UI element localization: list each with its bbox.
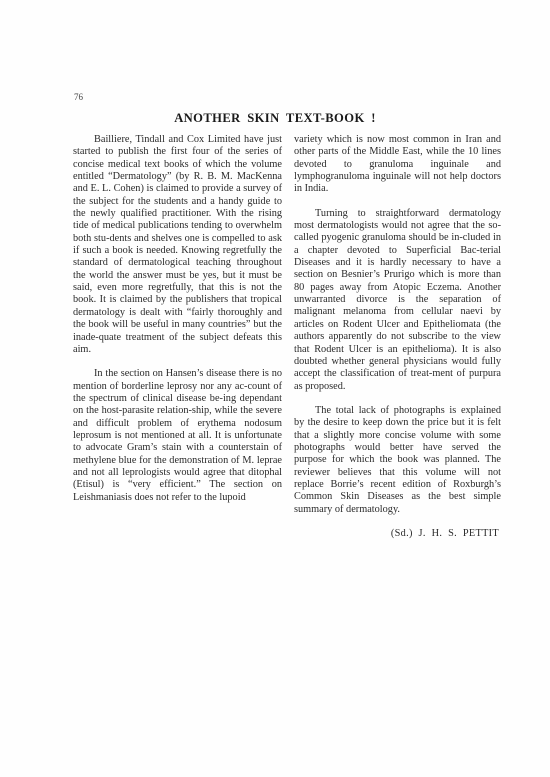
- left-column: Bailliere, Tindall and Cox Limited have …: [73, 134, 282, 504]
- article-title: ANOTHER SKIN TEXT-BOOK !: [0, 111, 550, 126]
- right-column: variety which is now most common in Iran…: [294, 134, 501, 540]
- paragraph-continuation: variety which is now most common in Iran…: [294, 134, 501, 196]
- paragraph-dermatology: Turning to straightforward dermatology m…: [294, 208, 501, 393]
- document-page: 76 ANOTHER SKIN TEXT-BOOK ! Bailliere, T…: [0, 0, 550, 777]
- author-signature: (Sd.) J. H. S. PETTIT: [294, 528, 501, 540]
- paragraph-gap: [73, 356, 282, 368]
- paragraph-intro: Bailliere, Tindall and Cox Limited have …: [73, 134, 282, 356]
- paragraph-photographs: The total lack of photographs is explain…: [294, 405, 501, 516]
- page-number: 76: [74, 92, 83, 102]
- paragraph-hansens-disease: In the section on Hansen’s disease there…: [73, 368, 282, 504]
- paragraph-gap: [294, 196, 501, 208]
- paragraph-gap: [294, 393, 501, 405]
